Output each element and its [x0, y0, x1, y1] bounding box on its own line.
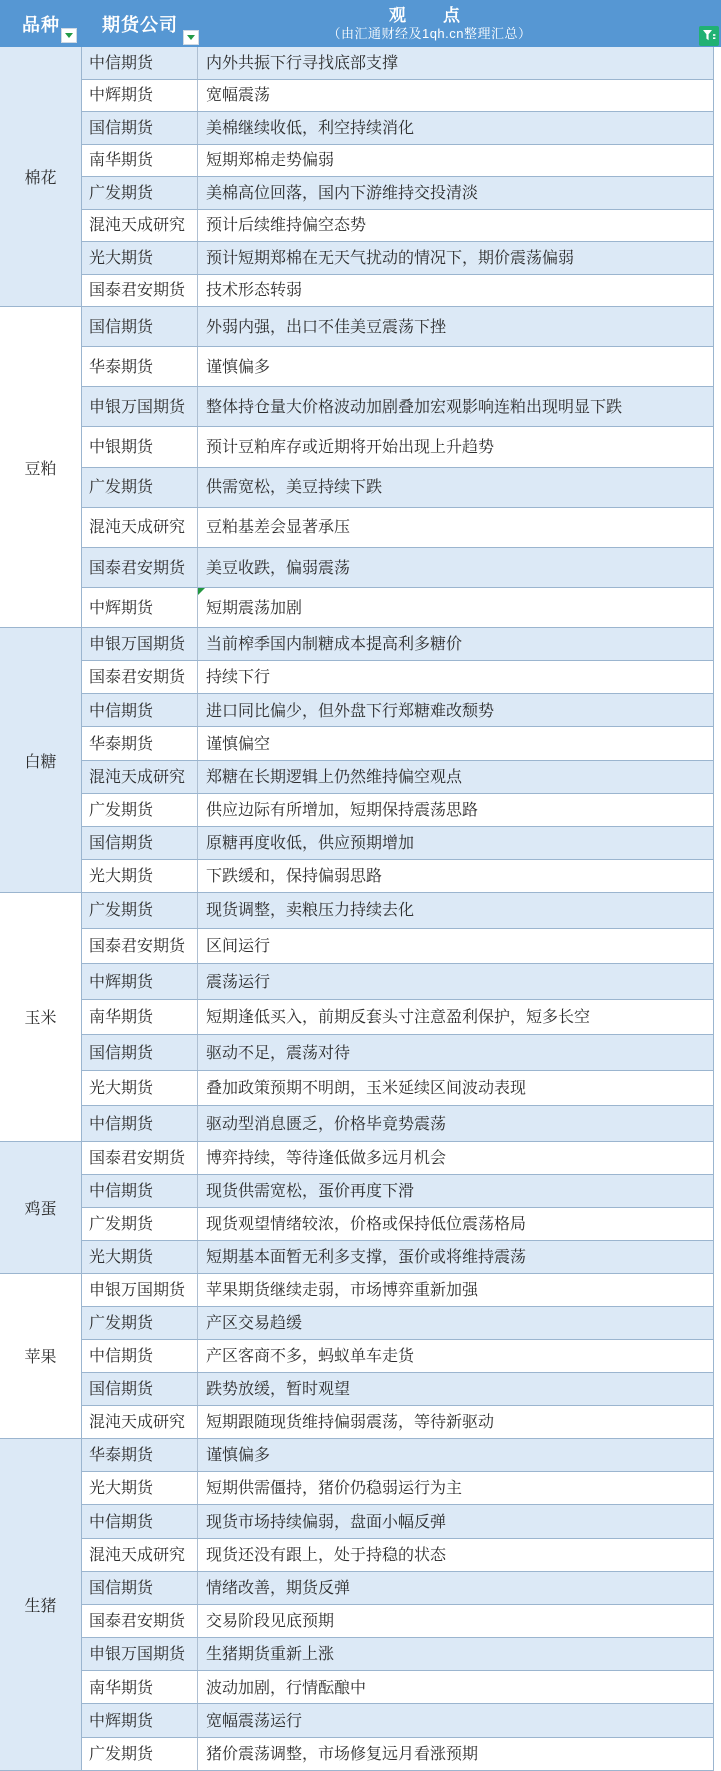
table-row: 中辉期货宽幅震荡: [82, 80, 713, 113]
table-row: 国泰君安期货交易阶段见底预期: [82, 1605, 713, 1638]
table-row: 国信期货跌势放缓，暂时观望: [82, 1373, 713, 1406]
company-cell: 广发期货: [82, 1208, 198, 1240]
company-cell: 中辉期货: [82, 588, 198, 627]
filter-dropdown-icon: [187, 35, 195, 40]
table-row: 广发期货供需宽松，美豆持续下跌: [82, 468, 713, 508]
view-cell: 交易阶段见底预期: [198, 1605, 713, 1637]
company-cell: 申银万国期货: [82, 387, 198, 426]
company-filter-dropdown-button[interactable]: [183, 30, 199, 45]
company-cell: 南华期货: [82, 145, 198, 177]
table-row: 华泰期货谨慎偏多: [82, 347, 713, 387]
company-cell: 国泰君安期货: [82, 661, 198, 693]
view-cell: 谨慎偏多: [198, 347, 713, 386]
variety-label: 生猪: [24, 1593, 56, 1616]
company-cell: 中辉期货: [82, 964, 198, 999]
view-cell: 现货调整，卖粮压力持续去化: [198, 893, 713, 928]
view-cell: 短期郑棉走势偏弱: [198, 145, 713, 177]
view-cell: 技术形态转弱: [198, 275, 713, 307]
company-cell: 华泰期货: [82, 1439, 198, 1471]
variety-cell: 白糖: [0, 628, 82, 893]
variety-label: 白糖: [24, 749, 56, 772]
view-cell: 短期基本面暂无利多支撑，蛋价或将维持震荡: [198, 1241, 713, 1273]
view-cell: 供应边际有所增加，短期保持震荡思路: [198, 794, 713, 826]
company-cell: 国泰君安期货: [82, 1142, 198, 1174]
commodity-section: 玉米广发期货现货调整，卖粮压力持续去化国泰君安期货区间运行中辉期货震荡运行南华期…: [0, 893, 714, 1142]
table-row: 混沌天成研究现货还没有跟上，处于持稳的状态: [82, 1539, 713, 1572]
view-cell: 猪价震荡调整，市场修复远月看涨预期: [198, 1738, 713, 1770]
view-cell: 预计后续维持偏空态势: [198, 210, 713, 242]
table-row: 混沌天成研究豆粕基差会显著承压: [82, 508, 713, 548]
table-row: 华泰期货谨慎偏多: [82, 1439, 713, 1472]
table-row: 广发期货美棉高位回落，国内下游维持交投清淡: [82, 177, 713, 210]
view-cell: 产区交易趋缓: [198, 1307, 713, 1339]
company-cell: 中银期货: [82, 427, 198, 466]
table-row: 中信期货产区客商不多，蚂蚁单车走货: [82, 1340, 713, 1373]
company-cell: 国泰君安期货: [82, 929, 198, 964]
table-row: 国泰君安期货博弈持续，等待逢低做多远月机会: [82, 1142, 713, 1175]
table-row: 中信期货进口同比偏少，但外盘下行郑糖难改颓势: [82, 694, 713, 727]
view-cell: 原糖再度收低，供应预期增加: [198, 827, 713, 859]
view-cell: 现货供需宽松，蛋价再度下滑: [198, 1175, 713, 1207]
company-cell: 申银万国期货: [82, 1638, 198, 1670]
view-cell: 宽幅震荡: [198, 80, 713, 112]
view-cell: 外弱内强，出口不佳美豆震荡下挫: [198, 307, 713, 346]
company-cell: 中信期货: [82, 1106, 198, 1141]
commodity-section: 生猪华泰期货谨慎偏多光大期货短期供需僵持，猪价仍稳弱运行为主中信期货现货市场持续…: [0, 1439, 714, 1771]
section-rows: 国泰君安期货博弈持续，等待逢低做多远月机会中信期货现货供需宽松，蛋价再度下滑广发…: [82, 1142, 714, 1274]
table-row: 广发期货产区交易趋缓: [82, 1307, 713, 1340]
table-row: 中信期货驱动型消息匮乏，价格毕竟势震荡: [82, 1106, 713, 1142]
table-row: 华泰期货谨慎偏空: [82, 727, 713, 760]
header-viewpoint-subtitle: （由汇通财经及1qh.cn整理汇总）: [327, 26, 531, 42]
filter-funnel-button[interactable]: [699, 26, 719, 46]
view-cell: 整体持仓量大价格波动加剧叠加宏观影响连粕出现明显下跌: [198, 387, 713, 426]
table-row: 中辉期货宽幅震荡运行: [82, 1704, 713, 1737]
view-cell: 美豆收跌，偏弱震荡: [198, 548, 713, 587]
company-cell: 广发期货: [82, 893, 198, 928]
view-cell: 持续下行: [198, 661, 713, 693]
table-row: 光大期货叠加政策预期不明朗，玉米延续区间波动表现: [82, 1071, 713, 1107]
company-cell: 国泰君安期货: [82, 275, 198, 307]
company-cell: 华泰期货: [82, 347, 198, 386]
variety-cell: 生猪: [0, 1439, 82, 1771]
company-cell: 光大期货: [82, 1241, 198, 1273]
company-cell: 南华期货: [82, 1000, 198, 1035]
header-viewpoint-title: 观 点: [389, 6, 470, 26]
table-row: 南华期货波动加剧，行情酝酿中: [82, 1671, 713, 1704]
variety-cell: 苹果: [0, 1274, 82, 1439]
view-cell: 现货还没有跟上，处于持稳的状态: [198, 1539, 713, 1571]
table-row: 国信期货情绪改善，期货反弹: [82, 1572, 713, 1605]
table-row: 南华期货短期逢低买入，前期反套头寸注意盈利保护，短多长空: [82, 1000, 713, 1036]
company-cell: 光大期货: [82, 1472, 198, 1504]
view-cell: 产区客商不多，蚂蚁单车走货: [198, 1340, 713, 1372]
company-cell: 中信期货: [82, 1340, 198, 1372]
header-viewpoint: 观 点 （由汇通财经及1qh.cn整理汇总）: [198, 0, 721, 47]
company-cell: 混沌天成研究: [82, 1539, 198, 1571]
variety-label: 豆粕: [24, 456, 56, 479]
table-row: 国信期货外弱内强，出口不佳美豆震荡下挫: [82, 307, 713, 347]
table-row: 国泰君安期货区间运行: [82, 929, 713, 965]
view-cell: 当前榨季国内制糖成本提高利多糖价: [198, 628, 713, 660]
company-cell: 混沌天成研究: [82, 761, 198, 793]
section-rows: 国信期货外弱内强，出口不佳美豆震荡下挫华泰期货谨慎偏多申银万国期货整体持仓量大价…: [82, 307, 714, 628]
view-cell: 内外共振下行寻找底部支撑: [198, 47, 713, 79]
commodity-section: 苹果申银万国期货苹果期货继续走弱，市场博弈重新加强广发期货产区交易趋缓中信期货产…: [0, 1274, 714, 1439]
view-cell: 谨慎偏空: [198, 727, 713, 759]
commodity-section: 白糖申银万国期货当前榨季国内制糖成本提高利多糖价国泰君安期货持续下行中信期货进口…: [0, 628, 714, 893]
view-cell: 博弈持续，等待逢低做多远月机会: [198, 1142, 713, 1174]
table-row: 混沌天成研究短期跟随现货维持偏弱震荡，等待新驱动: [82, 1406, 713, 1439]
company-cell: 中辉期货: [82, 80, 198, 112]
commodity-section: 鸡蛋国泰君安期货博弈持续，等待逢低做多远月机会中信期货现货供需宽松，蛋价再度下滑…: [0, 1142, 714, 1274]
table-row: 混沌天成研究郑糖在长期逻辑上仍然维持偏空观点: [82, 761, 713, 794]
company-cell: 中信期货: [82, 1505, 198, 1537]
table-row: 光大期货预计短期郑棉在无天气扰动的情况下，期价震荡偏弱: [82, 242, 713, 275]
table-row: 光大期货短期供需僵持，猪价仍稳弱运行为主: [82, 1472, 713, 1505]
view-cell: 短期逢低买入，前期反套头寸注意盈利保护，短多长空: [198, 1000, 713, 1035]
view-cell: 郑糖在长期逻辑上仍然维持偏空观点: [198, 761, 713, 793]
table-row: 广发期货猪价震荡调整，市场修复远月看涨预期: [82, 1738, 713, 1771]
table-row: 中辉期货震荡运行: [82, 964, 713, 1000]
company-cell: 国信期货: [82, 1373, 198, 1405]
company-cell: 国信期货: [82, 827, 198, 859]
view-cell: 美棉高位回落，国内下游维持交投清淡: [198, 177, 713, 209]
table-row: 申银万国期货整体持仓量大价格波动加剧叠加宏观影响连粕出现明显下跌: [82, 387, 713, 427]
view-cell: 进口同比偏少，但外盘下行郑糖难改颓势: [198, 694, 713, 726]
view-cell: 短期供需僵持，猪价仍稳弱运行为主: [198, 1472, 713, 1504]
view-cell: 生猪期货重新上涨: [198, 1638, 713, 1670]
view-cell: 现货观望情绪较浓，价格或保持低位震荡格局: [198, 1208, 713, 1240]
view-cell: 区间运行: [198, 929, 713, 964]
table-row: 中银期货预计豆粕库存或近期将开始出现上升趋势: [82, 427, 713, 467]
variety-filter-dropdown-button[interactable]: [61, 28, 77, 43]
table-row: 申银万国期货当前榨季国内制糖成本提高利多糖价: [82, 628, 713, 661]
company-cell: 申银万国期货: [82, 628, 198, 660]
view-cell: 豆粕基差会显著承压: [198, 508, 713, 547]
company-cell: 光大期货: [82, 242, 198, 274]
table-header: 品种 期货公司 观 点 （由汇通财经及1qh.cn整理汇总）: [0, 0, 721, 47]
view-cell: 叠加政策预期不明朗，玉米延续区间波动表现: [198, 1071, 713, 1106]
section-rows: 中信期货内外共振下行寻找底部支撑中辉期货宽幅震荡国信期货美棉继续收低，利空持续消…: [82, 47, 714, 307]
table-row: 国信期货驱动不足，震荡对待: [82, 1035, 713, 1071]
company-cell: 光大期货: [82, 860, 198, 892]
filter-dropdown-icon: [65, 33, 73, 38]
company-cell: 广发期货: [82, 468, 198, 507]
company-cell: 混沌天成研究: [82, 508, 198, 547]
company-cell: 中信期货: [82, 694, 198, 726]
view-cell: 美棉继续收低，利空持续消化: [198, 112, 713, 144]
commodity-section: 棉花中信期货内外共振下行寻找底部支撑中辉期货宽幅震荡国信期货美棉继续收低，利空持…: [0, 47, 714, 307]
commodity-section: 豆粕国信期货外弱内强，出口不佳美豆震荡下挫华泰期货谨慎偏多申银万国期货整体持仓量…: [0, 307, 714, 628]
company-cell: 混沌天成研究: [82, 1406, 198, 1438]
table-row: 国信期货原糖再度收低，供应预期增加: [82, 827, 713, 860]
variety-label: 棉花: [24, 165, 56, 188]
company-cell: 华泰期货: [82, 727, 198, 759]
view-cell: 供需宽松，美豆持续下跌: [198, 468, 713, 507]
view-cell: 驱动不足，震荡对待: [198, 1035, 713, 1070]
variety-label: 鸡蛋: [24, 1196, 56, 1219]
company-cell: 国泰君安期货: [82, 548, 198, 587]
variety-label: 玉米: [24, 1005, 56, 1028]
view-cell: 波动加剧，行情酝酿中: [198, 1671, 713, 1703]
company-cell: 广发期货: [82, 177, 198, 209]
company-cell: 广发期货: [82, 1307, 198, 1339]
company-cell: 光大期货: [82, 1071, 198, 1106]
company-cell: 混沌天成研究: [82, 210, 198, 242]
filter-funnel-icon: [702, 29, 716, 43]
variety-cell: 玉米: [0, 893, 82, 1142]
view-cell: 短期跟随现货维持偏弱震荡，等待新驱动: [198, 1406, 713, 1438]
variety-label: 苹果: [24, 1344, 56, 1367]
company-cell: 国信期货: [82, 112, 198, 144]
view-cell: 苹果期货继续走弱，市场博弈重新加强: [198, 1274, 713, 1306]
view-cell: 宽幅震荡运行: [198, 1704, 713, 1736]
company-cell: 中信期货: [82, 1175, 198, 1207]
table-row: 广发期货现货观望情绪较浓，价格或保持低位震荡格局: [82, 1208, 713, 1241]
view-cell: 现货市场持续偏弱，盘面小幅反弹: [198, 1505, 713, 1537]
view-cell: 下跌缓和，保持偏弱思路: [198, 860, 713, 892]
table-row: 国泰君安期货技术形态转弱: [82, 275, 713, 308]
table-row: 国信期货美棉继续收低，利空持续消化: [82, 112, 713, 145]
view-cell: 预计豆粕库存或近期将开始出现上升趋势: [198, 427, 713, 466]
company-cell: 中辉期货: [82, 1704, 198, 1736]
table-row: 申银万国期货苹果期货继续走弱，市场博弈重新加强: [82, 1274, 713, 1307]
variety-cell: 棉花: [0, 47, 82, 307]
header-company-label: 期货公司: [102, 11, 178, 37]
view-cell: 震荡运行: [198, 964, 713, 999]
section-rows: 申银万国期货苹果期货继续走弱，市场博弈重新加强广发期货产区交易趋缓中信期货产区客…: [82, 1274, 714, 1439]
table-row: 中信期货现货市场持续偏弱，盘面小幅反弹: [82, 1505, 713, 1538]
section-rows: 申银万国期货当前榨季国内制糖成本提高利多糖价国泰君安期货持续下行中信期货进口同比…: [82, 628, 714, 893]
table-row: 国泰君安期货持续下行: [82, 661, 713, 694]
view-cell-with-note-marker: 短期震荡加剧: [198, 588, 713, 627]
company-cell: 国信期货: [82, 1572, 198, 1604]
view-cell: 跌势放缓，暂时观望: [198, 1373, 713, 1405]
view-cell: 驱动型消息匮乏，价格毕竟势震荡: [198, 1106, 713, 1141]
company-cell: 南华期货: [82, 1671, 198, 1703]
table-row: 广发期货现货调整，卖粮压力持续去化: [82, 893, 713, 929]
table-row: 中辉期货短期震荡加剧: [82, 588, 713, 628]
table-row: 光大期货下跌缓和，保持偏弱思路: [82, 860, 713, 893]
view-cell: 情绪改善，期货反弹: [198, 1572, 713, 1604]
table-row: 南华期货短期郑棉走势偏弱: [82, 145, 713, 178]
table-row: 光大期货短期基本面暂无利多支撑，蛋价或将维持震荡: [82, 1241, 713, 1274]
table-row: 中信期货内外共振下行寻找底部支撑: [82, 47, 713, 80]
company-cell: 中信期货: [82, 47, 198, 79]
table-body: 棉花中信期货内外共振下行寻找底部支撑中辉期货宽幅震荡国信期货美棉继续收低，利空持…: [0, 47, 714, 1771]
header-variety-label: 品种: [22, 11, 60, 37]
company-cell: 国泰君安期货: [82, 1605, 198, 1637]
view-cell: 预计短期郑棉在无天气扰动的情况下，期价震荡偏弱: [198, 242, 713, 274]
header-company: 期货公司: [82, 0, 198, 47]
company-cell: 申银万国期货: [82, 1274, 198, 1306]
variety-cell: 豆粕: [0, 307, 82, 628]
section-rows: 华泰期货谨慎偏多光大期货短期供需僵持，猪价仍稳弱运行为主中信期货现货市场持续偏弱…: [82, 1439, 714, 1771]
table-row: 混沌天成研究预计后续维持偏空态势: [82, 210, 713, 243]
company-cell: 广发期货: [82, 1738, 198, 1770]
table-row: 广发期货供应边际有所增加，短期保持震荡思路: [82, 794, 713, 827]
company-cell: 国信期货: [82, 1035, 198, 1070]
table-row: 中信期货现货供需宽松，蛋价再度下滑: [82, 1175, 713, 1208]
table-row: 申银万国期货生猪期货重新上涨: [82, 1638, 713, 1671]
company-cell: 广发期货: [82, 794, 198, 826]
variety-cell: 鸡蛋: [0, 1142, 82, 1274]
table-row: 国泰君安期货美豆收跌，偏弱震荡: [82, 548, 713, 588]
section-rows: 广发期货现货调整，卖粮压力持续去化国泰君安期货区间运行中辉期货震荡运行南华期货短…: [82, 893, 714, 1142]
view-cell: 谨慎偏多: [198, 1439, 713, 1471]
futures-views-sheet: 品种 期货公司 观 点 （由汇通财经及1qh.cn整理汇总） 棉花中信期货内外共…: [0, 0, 721, 1771]
company-cell: 国信期货: [82, 307, 198, 346]
